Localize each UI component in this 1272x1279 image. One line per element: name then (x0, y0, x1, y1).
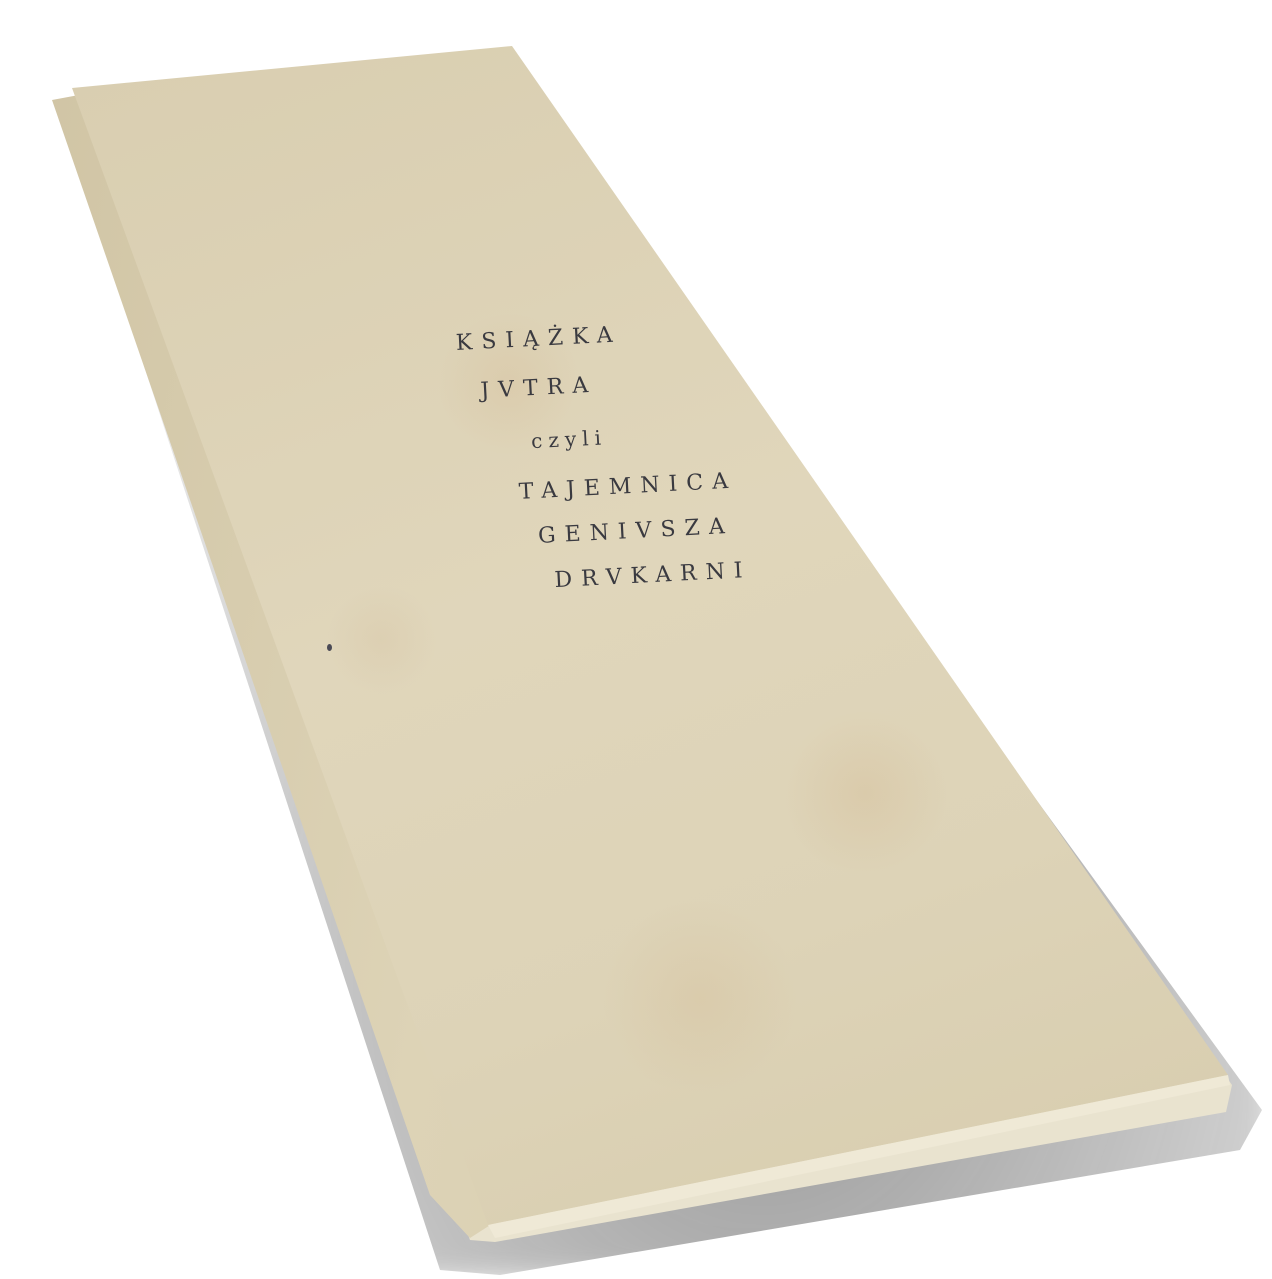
title-line-2: JVTRA (480, 375, 598, 403)
title-line-3: czyli (531, 427, 608, 451)
book-front-cover (0, 0, 1272, 1279)
cover-ink-spot (327, 644, 332, 651)
product-photo: KSIĄŻKA JVTRA czyli TAJEMNICA GENIVSZA D… (0, 0, 1272, 1279)
